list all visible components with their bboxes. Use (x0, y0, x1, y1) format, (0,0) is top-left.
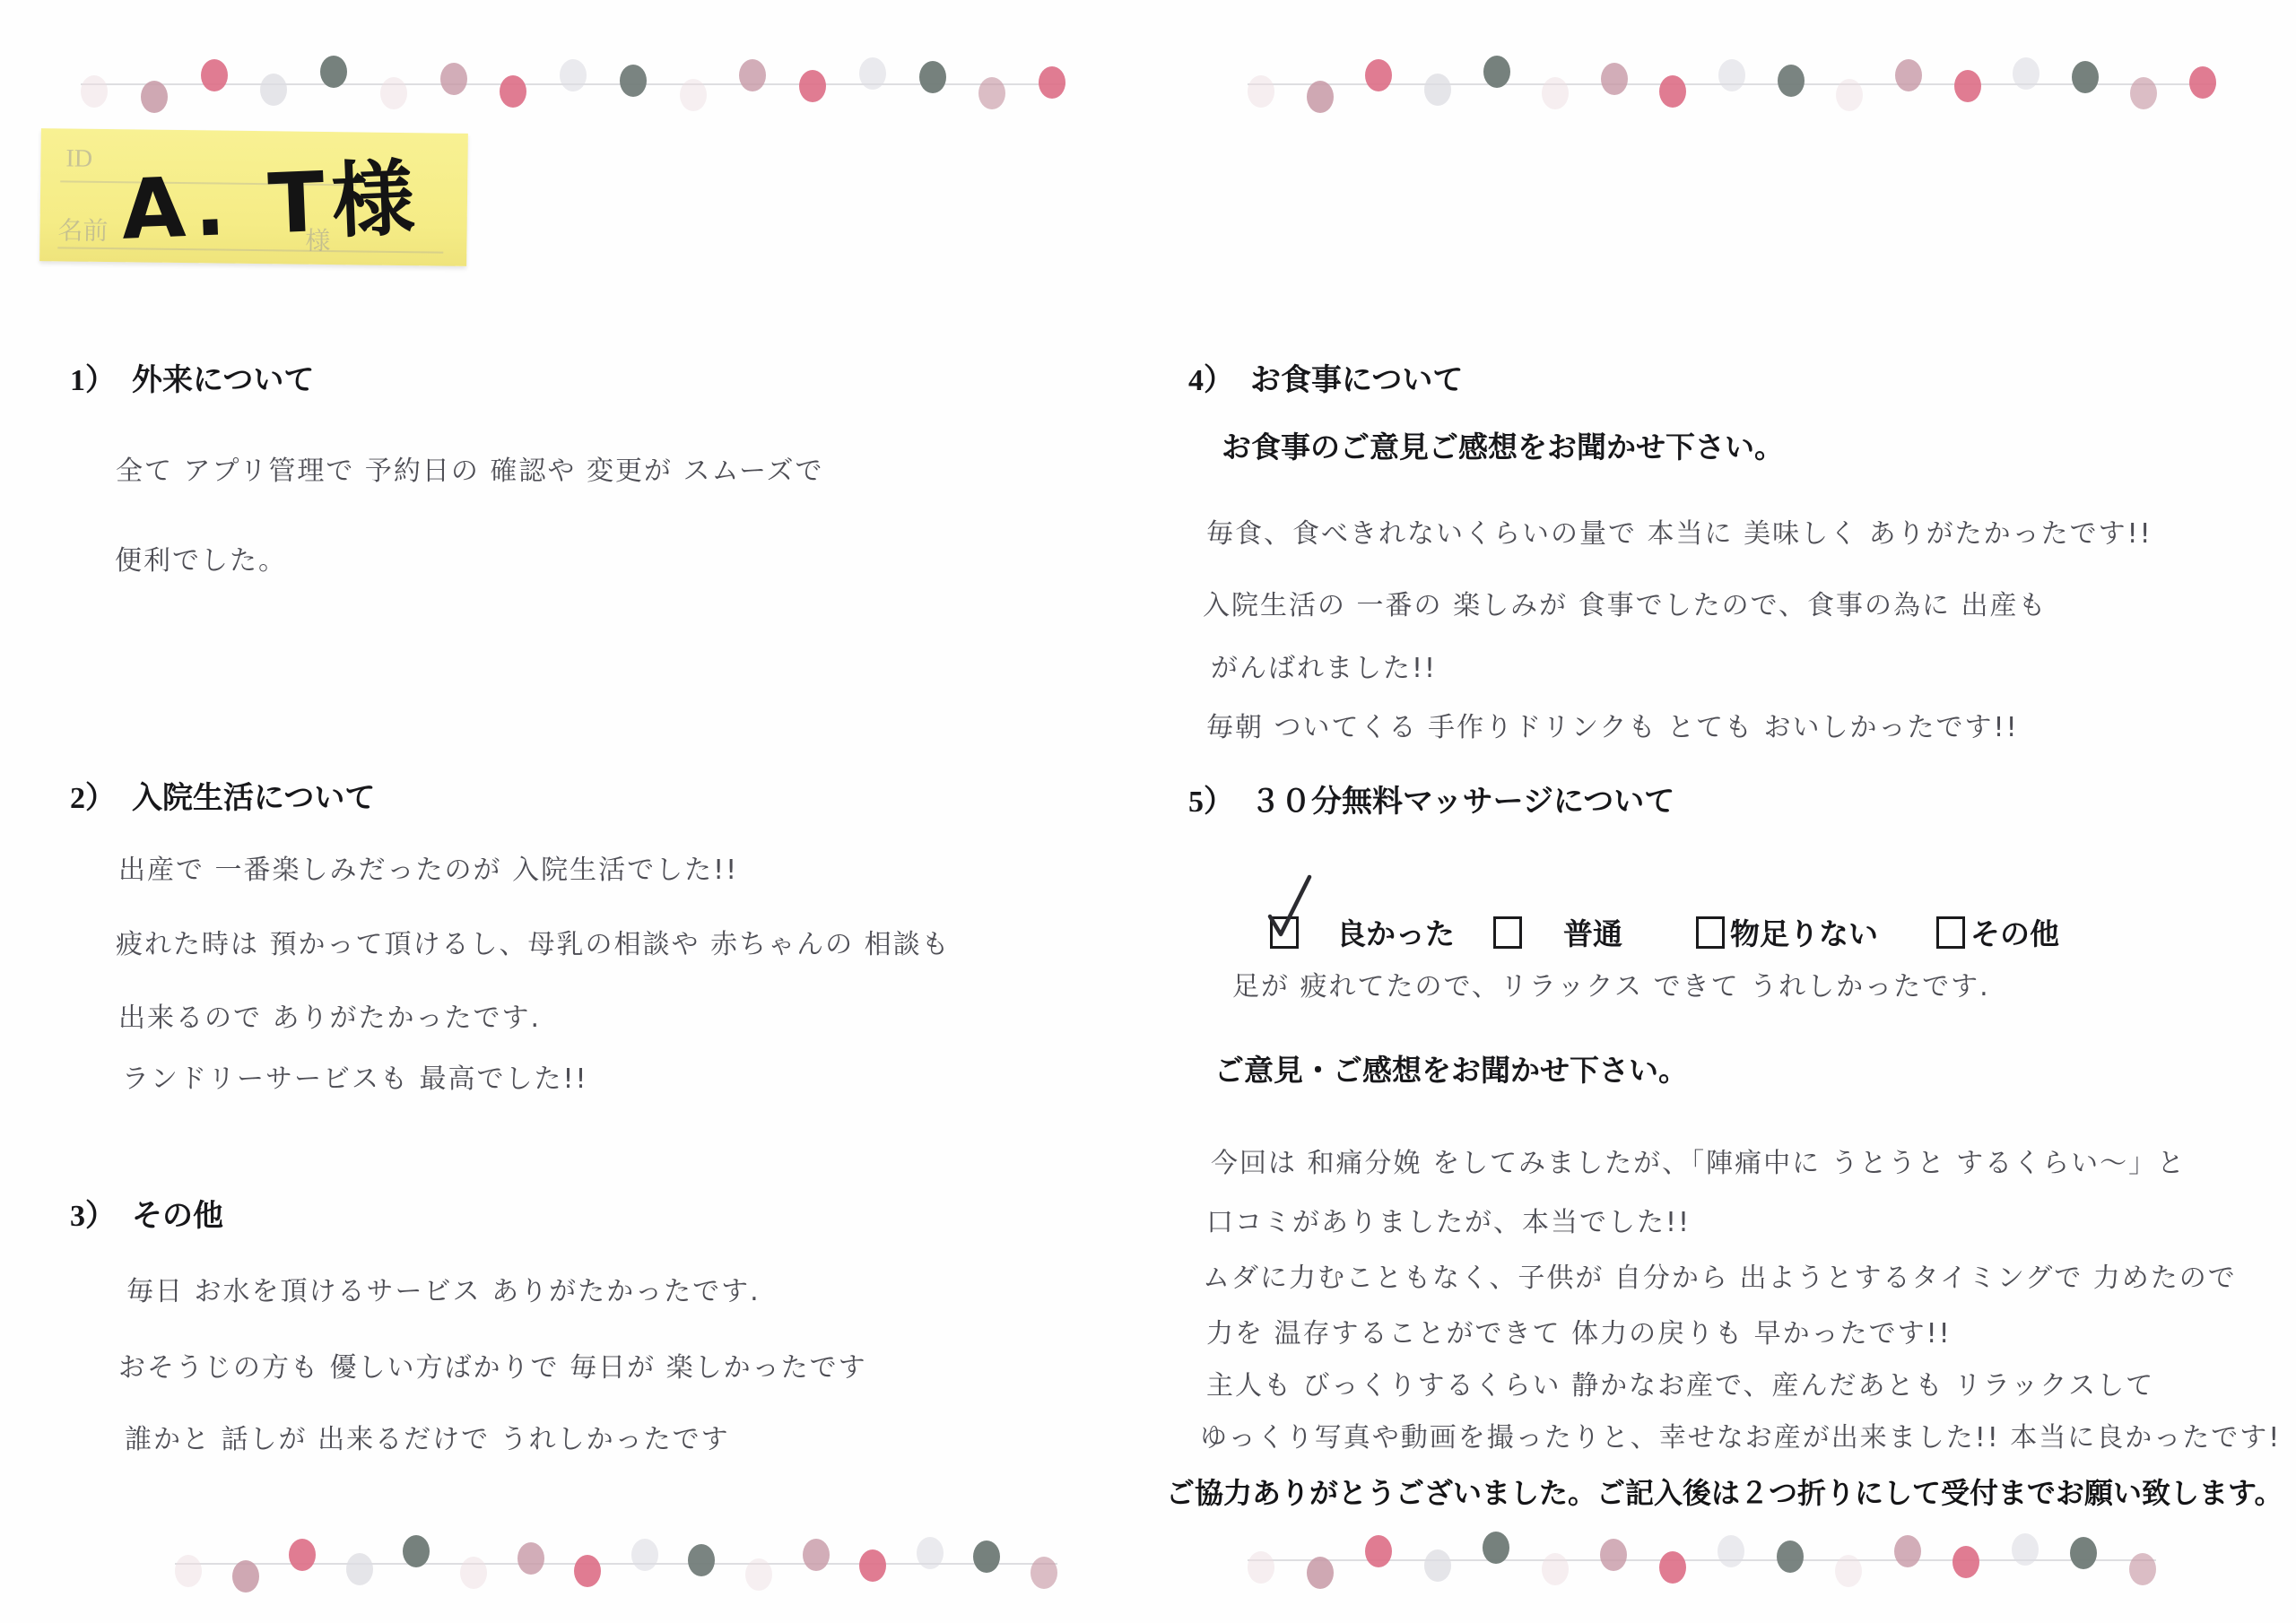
garland-dot (1600, 1539, 1627, 1571)
option-label: 良かった (1336, 911, 1455, 953)
handwritten-answer-line: 誰かと 話しが 出来るだけで うれしかったです (125, 1417, 730, 1456)
garland-dot (919, 61, 946, 93)
garland-dot (1307, 81, 1334, 113)
garland-dot (1718, 59, 1745, 91)
handwritten-answer-line: 主人も びっくりするくらい 静かなお産で、産んだあとも リラックスして (1206, 1363, 2154, 1402)
garland-dot (620, 65, 647, 97)
question-4-number: 4） (1188, 364, 1234, 397)
dot-garland-top-left (81, 48, 1065, 120)
garland-dot (2130, 77, 2157, 109)
garland-dot (1718, 1535, 1744, 1567)
checkbox-sonota[interactable] (1936, 916, 1965, 949)
garland-dot (859, 1549, 886, 1582)
handwritten-answer-line: 力を 温存することができて 体力の戻りも 早かったです!! (1206, 1311, 1952, 1350)
option-label: 普通 (1563, 911, 1622, 953)
question-4-prompt: お食事のご意見ご感想をお聞かせ下さい。 (1222, 424, 1784, 466)
garland-dot (81, 75, 108, 108)
garland-dot (1365, 1535, 1392, 1567)
dot-garland-top-right (1248, 48, 2216, 120)
checkbox-yokatta[interactable] (1270, 916, 1299, 949)
option-label: その他 (1970, 911, 2059, 953)
dot-garland-bottom-left (175, 1528, 1057, 1600)
option-yokatta: 良かった (1270, 911, 1455, 953)
garland-dot (560, 59, 587, 91)
garland-dot (574, 1555, 601, 1587)
garland-dot (1778, 65, 1805, 97)
questionnaire-scan-page: ID 名前 様 A. T様 1）外来について 全て アプリ管理で 予約日の 確認… (0, 0, 2296, 1623)
patient-initials: A. T様 (118, 133, 423, 263)
question-3-title: その他 (132, 1200, 223, 1233)
garland-dot (1248, 75, 1274, 108)
garland-dot (260, 74, 287, 106)
garland-dot (1659, 75, 1686, 108)
garland-dot (2072, 61, 2099, 93)
garland-dot (973, 1541, 1000, 1573)
garland-dot (500, 75, 526, 108)
garland-dot (2070, 1537, 2097, 1569)
question-5-heading: 5）３０分無料マッサージについて (1188, 777, 1674, 820)
handwritten-answer-line: 毎日 お水を頂けるサービス ありがたかったです. (126, 1269, 761, 1308)
garland-dot (141, 81, 168, 113)
handwritten-answer-line: おそうじの方も 優しい方ばかりで 毎日が 楽しかったです (118, 1345, 867, 1384)
option-monotarinai: 物足りない (1696, 911, 1878, 953)
underlay-id-label: ID (65, 144, 92, 173)
handwritten-answer-line: 入院生活の 一番の 楽しみが 食事でしたので、食事の為に 出産も (1203, 583, 2048, 622)
handwritten-answer-line: 毎朝 ついてくる 手作りドリンクも とても おいしかったです!! (1206, 705, 2019, 744)
garland-dot (1424, 74, 1451, 106)
garland-dot (1894, 1535, 1921, 1567)
question-2-heading: 2）入院生活について (70, 773, 375, 817)
garland-dot (859, 57, 886, 90)
garland-dot (380, 77, 407, 109)
garland-dot (460, 1557, 487, 1589)
garland-dot (1039, 66, 1065, 99)
garland-dot (2012, 1533, 2039, 1566)
garland-dot (978, 77, 1005, 109)
garland-dot (1307, 1557, 1334, 1589)
question-1-heading: 1）外来について (70, 355, 314, 399)
handwritten-answer-line: ランドリーサービスも 最高でした!! (122, 1056, 588, 1096)
garland-dot (1835, 1555, 1862, 1587)
option-futsuu: 普通 (1493, 911, 1622, 953)
handwritten-answer-line: 毎食、食べきれないくらいの量で 本当に 美味しく ありがたかったです!! (1206, 511, 2152, 551)
garland-dot (517, 1542, 544, 1575)
garland-dot (1601, 63, 1628, 95)
garland-dot (745, 1558, 772, 1591)
garland-dot (631, 1539, 658, 1571)
handwritten-answer-line: 足が 疲れてたので、リラックス できて うれしかったです. (1232, 964, 1990, 1003)
question-2-title: 入院生活について (132, 782, 375, 815)
garland-dot (1659, 1551, 1686, 1584)
garland-dot (2013, 57, 2039, 90)
garland-dot (1777, 1541, 1804, 1573)
garland-dot (1895, 59, 1922, 91)
garland-dot (803, 1539, 830, 1571)
checkbox-futsuu[interactable] (1493, 916, 1522, 949)
handwritten-answer-line: 今回は 和痛分娩 をしてみましたが、「陣痛中に うとうと するくらい〜」と (1211, 1141, 2186, 1180)
garland-dot (739, 59, 766, 91)
handwritten-answer-line: 出来るので ありがたかったです. (118, 995, 541, 1035)
handwritten-answer-line: 疲れた時は 預かって頂けるし、母乳の相談や 赤ちゃんの 相談も (116, 922, 951, 961)
question-4-heading: 4）お食事について (1188, 355, 1463, 399)
handwritten-answer-line: 口コミがありましたが、本当でした!! (1206, 1200, 1691, 1239)
garland-dot (1954, 70, 1981, 102)
footer-instruction: ご協力ありがとうございました。ご記入後は２つ折りにして受付までお願い致します。 (1166, 1471, 2283, 1512)
garland-dot (688, 1544, 715, 1576)
garland-dot (440, 63, 467, 95)
question-1-title: 外来について (132, 364, 314, 397)
question-5-title: ３０分無料マッサージについて (1250, 785, 1674, 819)
underlay-name-label: 名前 (57, 211, 109, 247)
option-sonota: その他 (1936, 911, 2059, 953)
garland-dot (917, 1537, 944, 1569)
question-5-number: 5） (1188, 785, 1234, 819)
garland-dot (201, 59, 228, 91)
question-2-number: 2） (70, 782, 116, 815)
question-4-title: お食事について (1250, 364, 1463, 397)
question-5-prompt: ご意見・ご感想をお聞かせ下さい。 (1214, 1047, 1688, 1089)
garland-dot (1483, 56, 1510, 88)
handwritten-answer-line: 出産で 一番楽しみだったのが 入院生活でした!! (118, 847, 738, 887)
garland-dot (1952, 1546, 1979, 1578)
option-label: 物足りない (1730, 911, 1878, 953)
question-3-heading: 3）その他 (70, 1191, 223, 1235)
garland-dot (1424, 1549, 1451, 1582)
garland-dot (680, 79, 707, 111)
garland-dot (346, 1553, 373, 1585)
garland-dot (175, 1555, 202, 1587)
garland-dot (2129, 1553, 2156, 1585)
handwritten-answer-line: がんばれました!! (1211, 646, 1437, 685)
handwritten-answer-line: 便利でした。 (115, 538, 287, 577)
garland-dot (2189, 66, 2216, 99)
garland-dot (232, 1560, 259, 1593)
garland-dot (799, 70, 826, 102)
checkbox-monotarinai[interactable] (1696, 916, 1725, 949)
garland-dot (1836, 79, 1863, 111)
garland-dot (1031, 1557, 1057, 1589)
question-1-number: 1） (70, 364, 116, 397)
garland-dot (320, 56, 347, 88)
garland-dot (1365, 59, 1392, 91)
handwritten-answer-line: ムダに力むこともなく、子供が 自分から 出ようとするタイミングで 力めたので (1203, 1255, 2237, 1295)
garland-dot (1542, 77, 1569, 109)
garland-dot (289, 1539, 316, 1571)
handwritten-answer-line: 全て アプリ管理で 予約日の 確認や 変更が スムーズで (116, 448, 823, 488)
garland-dot (1483, 1532, 1509, 1564)
garland-dot (1248, 1551, 1274, 1584)
dot-garland-bottom-right (1248, 1524, 2156, 1596)
sticky-note: ID 名前 様 A. T様 (39, 128, 468, 266)
garland-dot (1542, 1553, 1569, 1585)
handwritten-answer-line: ゆっくり写真や動画を撮ったりと、幸せなお産が出来ました!! 本当に良かったです! (1200, 1415, 2281, 1454)
question-3-number: 3） (70, 1200, 116, 1233)
